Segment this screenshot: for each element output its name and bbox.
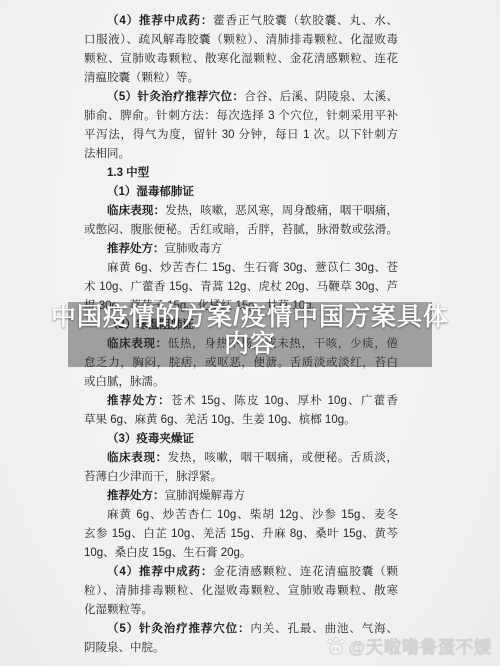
document-line: 肺俞、脾俞。针刺方法：每次选择 3 个穴位，针刺采用平补	[84, 107, 398, 126]
document-line: 平泻法，得气为度，留针 30 分钟，每日 1 次。以下针刺方	[84, 126, 398, 145]
document-line: （1）湿毒郁肺证	[84, 183, 398, 202]
document-line: （4）推荐中成药：藿香正气胶囊（软胶囊、丸、水、	[84, 12, 398, 31]
baidu-paw-icon: du	[325, 635, 347, 657]
document-line: 化湿颗粒等。	[84, 601, 398, 620]
document-line: （4）推荐中成药：金花清感颗粒、连花清瘟胶囊（颗	[84, 563, 398, 582]
document-line: 草果 6g、麻黄 6g、羌活 10g、生姜 10g、槟榔 10g。	[84, 411, 398, 430]
document-line: 苔薄白少津而干，脉浮紧。	[84, 468, 398, 487]
watermark-text: @天啦噜鲁蛋不嫒	[348, 633, 492, 658]
headline-overlay: 中国疫情的方案/疫情中国方案具体 内容	[0, 304, 500, 358]
document-line: 或憋闷、腹胀便秘。舌红或暗，舌胖，苔腻，脉滑数或弦滑。	[84, 221, 398, 240]
svg-text:du: du	[332, 647, 341, 653]
document-line: 推荐处方：宣肺润燥解毒方	[84, 487, 398, 506]
document-line: 麻黄 6g、炒苦杏仁 10g、柴胡 12g、沙参 15g、麦冬 15g、	[84, 506, 398, 525]
headline-line-1: 中国疫情的方案/疫情中国方案具体	[0, 304, 500, 331]
headline-line-2: 内容	[0, 331, 500, 358]
document-line: 颗粒、宣肺败毒颗粒、散寒化湿颗粒、金花清感颗粒、连花	[84, 50, 398, 69]
watermark: du @天啦噜鲁蛋不嫒	[325, 633, 492, 658]
document-line: （3）疫毒夹燥证	[84, 430, 398, 449]
document-line: 推荐处方：苍术 15g、陈皮 10g、厚朴 10g、广藿香 10g、	[84, 392, 398, 411]
document-line: 10g、桑白皮 15g、生石膏 20g。	[84, 544, 398, 563]
document-line: 粒）、清肺排毒颗粒、化湿败毒颗粒、宣肺败毒颗粒、散寒	[84, 582, 398, 601]
document-line: （5）针灸治疗推荐穴位：合谷、后溪、阴陵泉、太溪、	[84, 88, 398, 107]
document-page: （4）推荐中成药：藿香正气胶囊（软胶囊、丸、水、口服液）、疏风解毒胶囊（颗粒）、…	[0, 0, 500, 666]
document-line: 临床表现：发热，咳嗽，咽干咽痛，或便秘。舌质淡，	[84, 449, 398, 468]
document-line: 清瘟胶囊（颗粒）等。	[84, 69, 398, 88]
document-line: 麻黄 6g、炒苦杏仁 15g、生石膏 30g、薏苡仁 30g、苍	[84, 259, 398, 278]
document-line: 1.3 中型	[84, 164, 398, 183]
document-line: 玄参 15g、白芷 10g、羌活 15g、升麻 8g、桑叶 15g、黄芩	[84, 525, 398, 544]
document-line: 法相同。	[84, 145, 398, 164]
document-line: 术 10g、广藿香 15g、青蒿 12g、虎杖 20g、马鞭草 30g、芦	[84, 278, 398, 297]
document-line: 或白腻，脉濡。	[84, 373, 398, 392]
document-line: 口服液）、疏风解毒胶囊（颗粒）、清肺排毒颗粒、化湿败毒	[84, 31, 398, 50]
document-line: 推荐处方：宣肺败毒方	[84, 240, 398, 259]
document-line: 临床表现：发热，咳嗽，恶风寒，周身酸痛，咽干咽痛，	[84, 202, 398, 221]
